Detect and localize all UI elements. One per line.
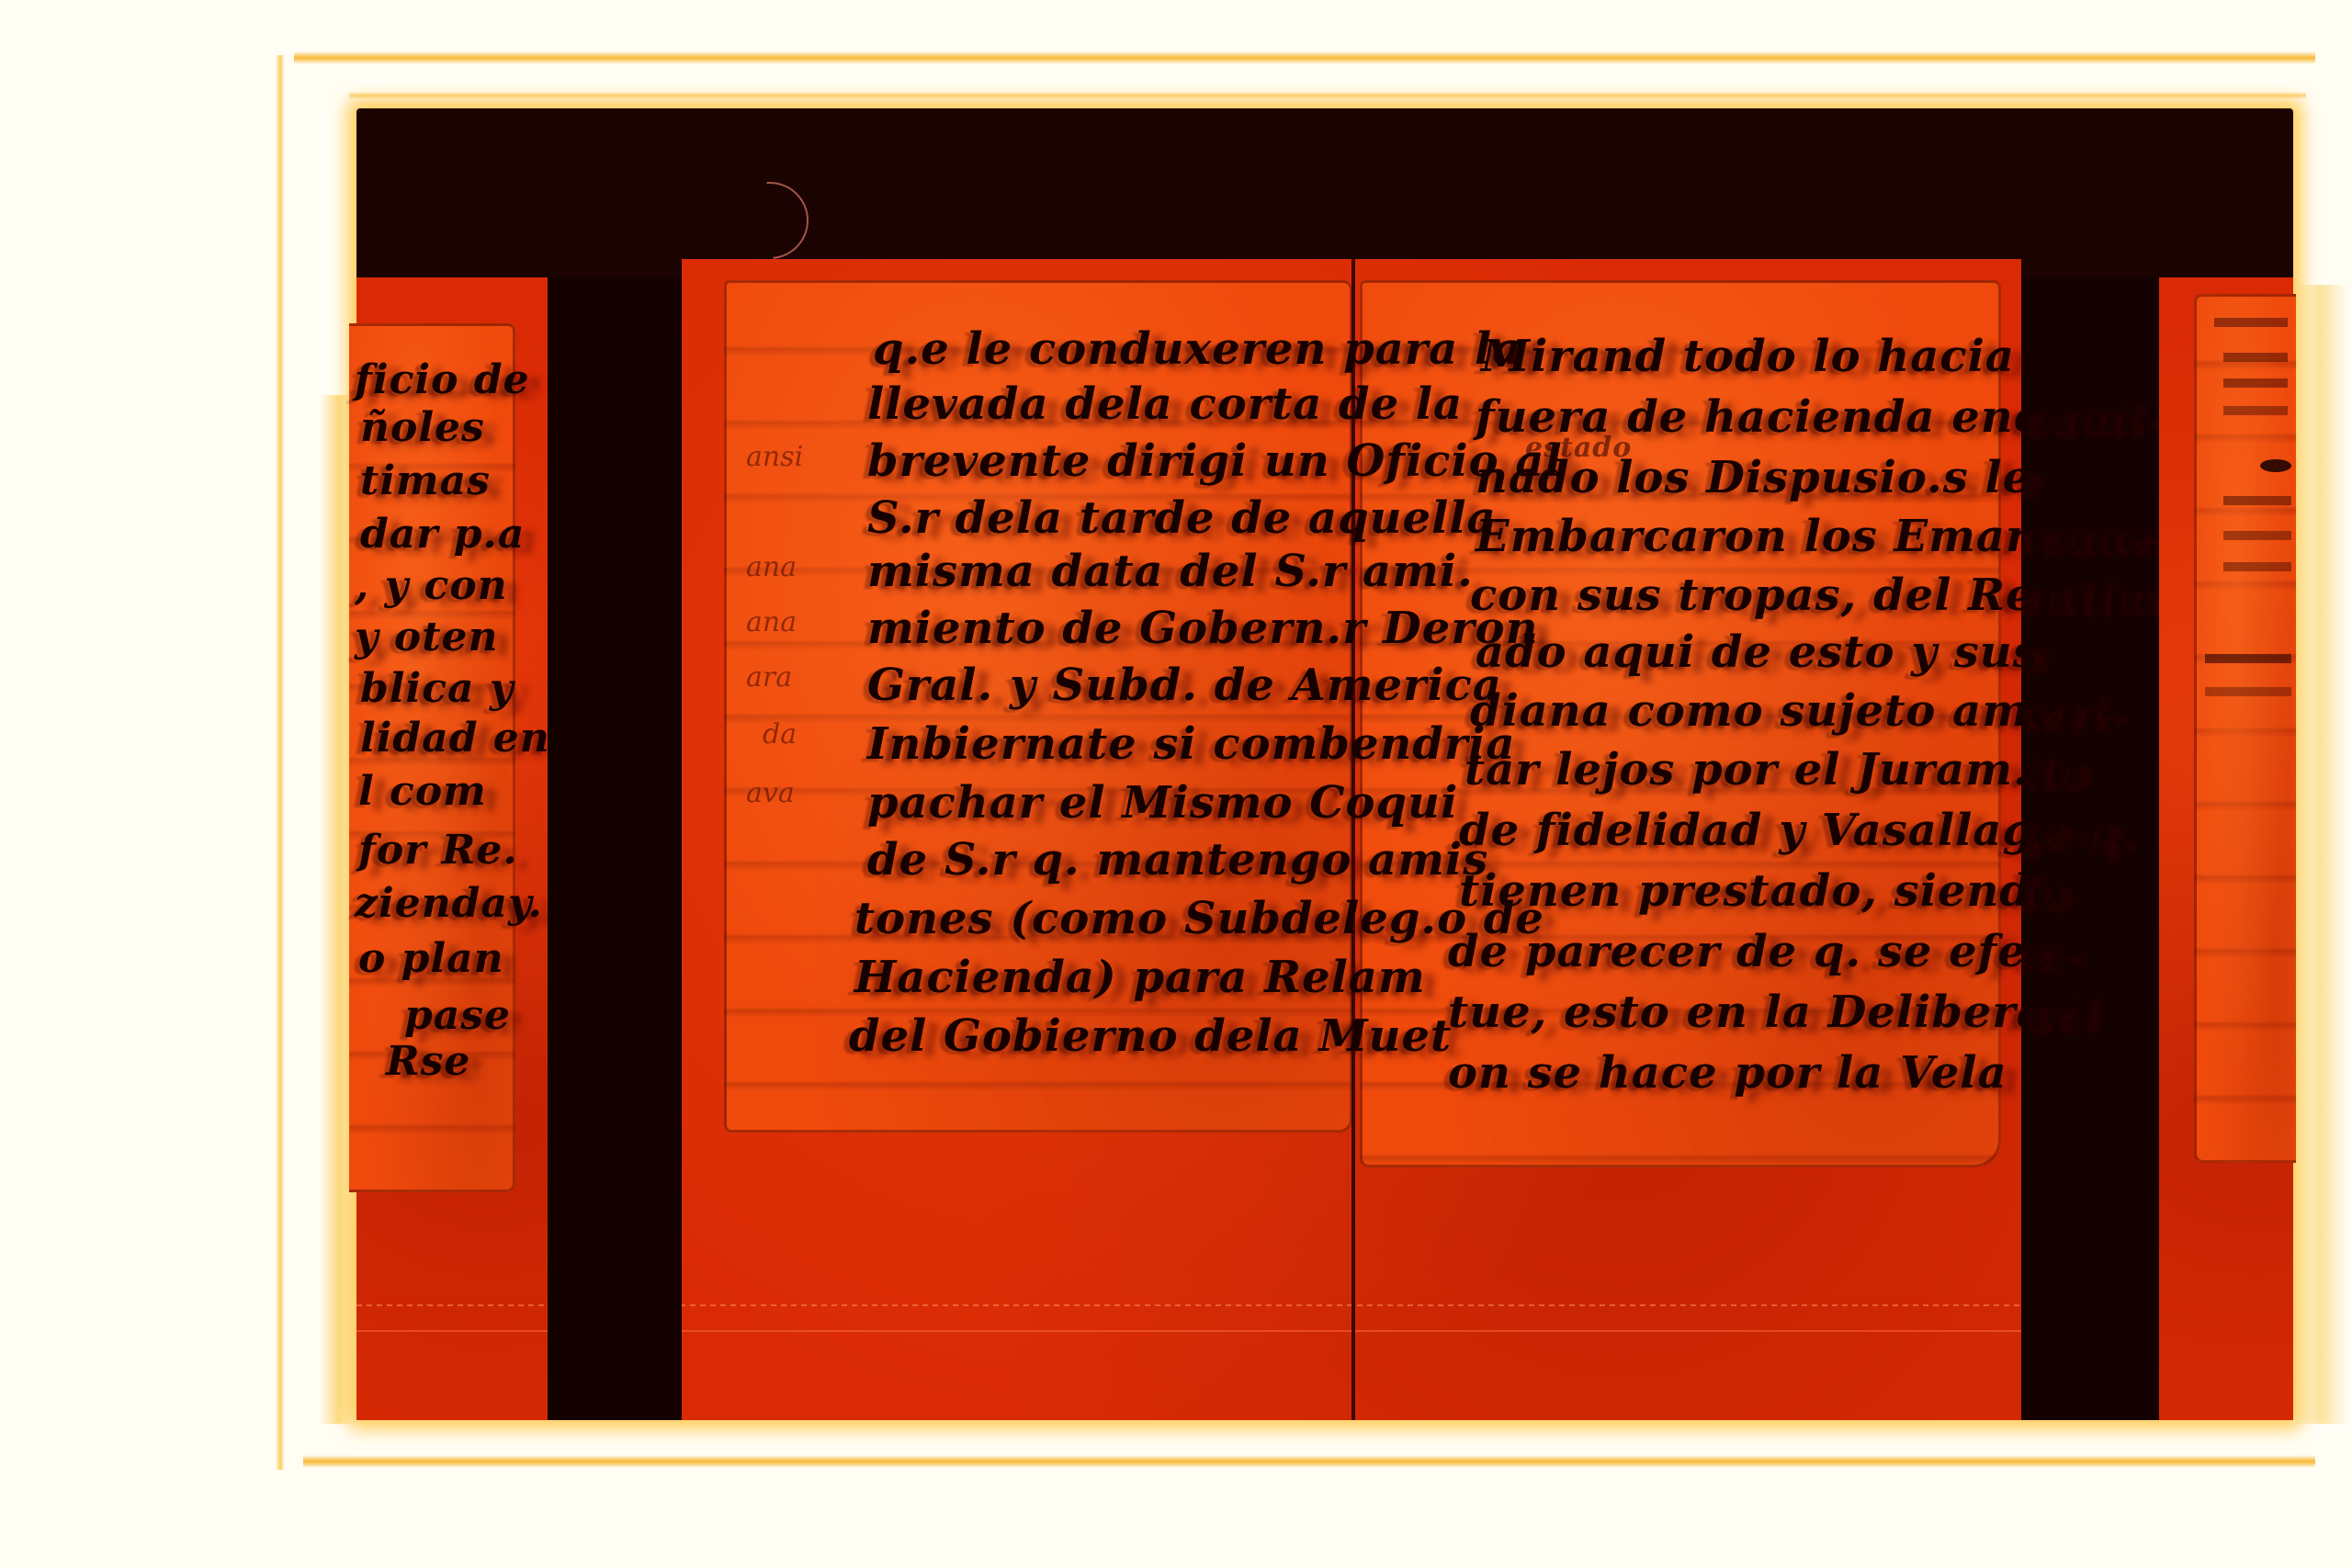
top-glow-line <box>294 51 2315 64</box>
text-line: tienen prestado, siendo <box>1459 865 2062 917</box>
text-line: nado los Dispusio.s le <box>1476 452 2031 503</box>
text-line: pachar el Mismo Coqui <box>867 777 1458 829</box>
text-line: misma data del S.r ami. <box>867 546 1474 597</box>
faint-ink-stroke <box>2223 378 2288 388</box>
margin-bleed: ara <box>746 661 792 694</box>
text-line: Rse <box>386 1038 470 1085</box>
margin-bleed: ava <box>746 777 795 809</box>
text-line: Hacienda) para Relam <box>854 952 1426 1003</box>
margin-bleed: ana <box>746 606 797 638</box>
faint-ink-stroke <box>2223 562 2291 571</box>
text-line: , y con <box>355 562 508 609</box>
text-line: timas <box>360 457 491 504</box>
text-line: Gral. y Subd. de America <box>867 660 1502 711</box>
margin-bleed: da <box>763 718 797 750</box>
text-line: del Gobierno dela Muet <box>849 1010 1452 1062</box>
text-line: de fidelidad y Vasallage q. <box>1459 805 2128 856</box>
text-line: ado aqui de esto y sus <box>1476 626 2039 678</box>
text-line: q.e le conduxeren para la <box>873 323 1521 375</box>
faint-ink-stroke <box>2223 353 2288 362</box>
text-line: lidad en <box>360 715 550 761</box>
faint-ink-stroke <box>2223 406 2288 415</box>
margin-bleed: ansi <box>746 441 803 473</box>
text-line: de S.r q. mantengo amis <box>867 834 1488 886</box>
text-line: con sus tropas, del Rentim- <box>1470 570 2174 621</box>
text-line: brevente dirigi un Oficio al <box>867 435 1563 487</box>
faint-ink-stroke <box>2223 531 2291 540</box>
text-line: tones (como Subdeleg.o de <box>854 893 1544 944</box>
top-inner-glow-line <box>349 92 2306 99</box>
faint-ink-stroke <box>2223 496 2291 505</box>
text-line: S.r dela tarde de aquella <box>867 492 1497 544</box>
left-glow-line <box>276 55 285 1470</box>
left-black-column-overlay <box>548 1286 682 1420</box>
right-inner-glow <box>2293 285 2348 1424</box>
faint-ink-stroke <box>2214 318 2288 327</box>
right-partial-page <box>2194 294 2296 1163</box>
text-line: llevada dela corta de la <box>867 378 1463 430</box>
text-line: tar lejos por el Juram.to <box>1464 744 2081 795</box>
text-line: ficio de <box>355 356 530 403</box>
text-line: Mirand todo lo hacia <box>1481 331 2015 382</box>
text-line: zienday. <box>355 880 543 927</box>
text-line: de parecer de q. se efec- <box>1448 926 2074 977</box>
text-line: miento de Gobern.r Deron <box>867 603 1539 654</box>
text-line: for Re. <box>358 827 518 874</box>
margin-bleed: ana <box>746 551 797 583</box>
text-line: Embarcaron los Emarcones <box>1476 511 2176 562</box>
faint-ink-stroke <box>2205 687 2291 696</box>
text-line: l com <box>358 768 487 815</box>
text-line: ñoles <box>360 404 485 451</box>
text-line: Inbiernate si combendria <box>867 718 1516 770</box>
faint-ink-stroke <box>2205 654 2291 663</box>
text-line: o plan <box>358 935 504 982</box>
faint-ink-stroke <box>2260 459 2291 472</box>
text-line: on se hace por la Vela <box>1448 1047 2007 1099</box>
text-line: dar p.a <box>360 511 525 558</box>
text-line: pase <box>404 992 511 1039</box>
text-line: tue, esto en la Deliberaci <box>1448 987 2091 1038</box>
text-line: y oten <box>355 614 499 660</box>
left-black-column <box>548 277 682 1420</box>
text-line: blica y <box>360 665 514 712</box>
bottom-glow-line <box>303 1455 2315 1468</box>
text-line: diana como sujeto ameri- <box>1470 685 2120 737</box>
